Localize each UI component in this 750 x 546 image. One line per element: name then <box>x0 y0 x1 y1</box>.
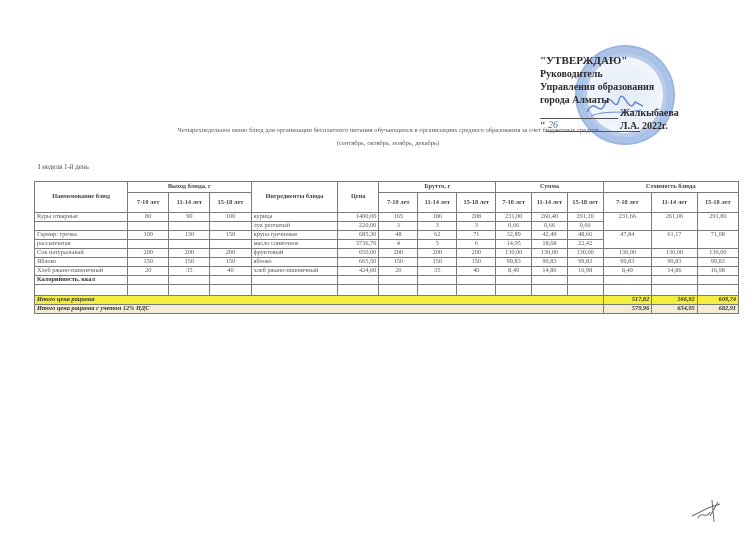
yield-cell: 35 <box>169 267 210 276</box>
empty-cell <box>169 285 210 296</box>
sum-cell: 130,00 <box>567 249 603 258</box>
cost-cell: 231,66 <box>603 213 652 231</box>
header-ingredients: Ингредиенты блюда <box>251 182 338 213</box>
gross-cell: 150 <box>418 258 457 267</box>
total-vat-label: Итого цена рациона с учетом 12% НДС <box>35 305 604 314</box>
yield-cell: 40 <box>210 267 251 276</box>
sum-cell: 0,66 <box>496 222 532 231</box>
price-cell: 3736,70 <box>338 240 379 249</box>
empty-cell <box>496 285 532 296</box>
cost-cell: 47,84 <box>603 231 652 249</box>
week-day-label: I неделя 1-й день <box>38 163 89 171</box>
empty-cell <box>457 276 496 285</box>
empty-cell <box>697 276 738 285</box>
sum-cell: 18,68 <box>532 240 568 249</box>
table-row: Хлеб ржано-пшеничный203540хлеб ржано-пше… <box>35 267 739 276</box>
dish-name: Сок натуральный <box>35 249 128 258</box>
approval-block: "УТВЕРЖДАЮ" Руководитель Управления обра… <box>540 55 654 133</box>
gross-cell: 71 <box>457 231 496 240</box>
sum-cell: 130,00 <box>532 249 568 258</box>
sum-cell: 14,95 <box>496 240 532 249</box>
header-dish: Наименование блюд <box>35 182 128 213</box>
calories-label: Калорийность, ккал <box>35 276 128 285</box>
sum-cell: 231,00 <box>496 213 532 222</box>
table-row: Куры отварные8090100курица1400,001651862… <box>35 213 739 222</box>
gross-cell: 20 <box>379 267 418 276</box>
title-line-1: Четырехнедельное меню блюд для организац… <box>128 124 648 137</box>
header-age-group: 11-14 лет <box>418 193 457 213</box>
sum-cell: 42,49 <box>532 231 568 240</box>
approval-heading: "УТВЕРЖДАЮ" <box>540 55 654 68</box>
approval-city: города Алматы <box>540 94 654 107</box>
document-title: Четырехнедельное меню блюд для организац… <box>128 124 648 150</box>
gross-cell: 200 <box>418 249 457 258</box>
signature-icon <box>690 494 730 524</box>
header-price: Цена <box>338 182 379 213</box>
dish-name: рассыпчатая <box>35 240 128 249</box>
header-age-group: 15-18 лет <box>210 193 251 213</box>
empty-cell <box>567 276 603 285</box>
table-row: Яблоко150150150яблоко665,5015015015099,8… <box>35 258 739 267</box>
yield-cell: 200 <box>128 249 169 258</box>
cost-cell: 130,00 <box>652 249 697 258</box>
empty-cell <box>379 276 418 285</box>
header-age-group: 15-18 лет <box>697 193 738 213</box>
sum-cell: 48,66 <box>567 231 603 240</box>
total-vat-value: 579,96 <box>603 305 652 314</box>
total-vat-value: 682,91 <box>697 305 738 314</box>
sum-cell: 8,49 <box>496 267 532 276</box>
yield-cell: 150 <box>210 258 251 267</box>
empty-cell <box>210 285 251 296</box>
gross-cell: 40 <box>457 267 496 276</box>
price-cell: 424,60 <box>338 267 379 276</box>
sum-cell: 291,20 <box>567 213 603 222</box>
gross-cell: 3 <box>457 222 496 231</box>
yield-cell: 20 <box>128 267 169 276</box>
total-value: 517,82 <box>603 296 652 305</box>
header-age-group: 11-14 лет <box>652 193 697 213</box>
table-row: Гарнир: гречка100130150крупа гречневая68… <box>35 231 739 240</box>
yield-cell <box>169 222 210 231</box>
gross-cell: 5 <box>418 240 457 249</box>
ingredient-name: лук репчатый <box>251 222 338 231</box>
dish-name: Гарнир: гречка <box>35 231 128 240</box>
empty-cell <box>128 276 169 285</box>
sum-cell: 130,00 <box>496 249 532 258</box>
table-row: Сок натуральный200200200фруктовый650,002… <box>35 249 739 258</box>
sum-cell: 16,98 <box>567 267 603 276</box>
yield-cell: 80 <box>128 213 169 222</box>
cost-cell: 130,00 <box>697 249 738 258</box>
cost-cell: 8,49 <box>603 267 652 276</box>
header-age-group: 15-18 лет <box>567 193 603 213</box>
gross-cell: 208 <box>457 213 496 222</box>
gross-cell: 200 <box>457 249 496 258</box>
header-age-group: 7-10 лет <box>379 193 418 213</box>
ingredient-name: крупа гречневая <box>251 231 338 240</box>
gross-cell: 35 <box>418 267 457 276</box>
cost-cell: 99,83 <box>603 258 652 267</box>
empty-cell <box>418 285 457 296</box>
gross-cell: 6 <box>457 240 496 249</box>
sum-cell: 99,83 <box>496 258 532 267</box>
yield-cell: 200 <box>169 249 210 258</box>
cost-cell: 99,83 <box>697 258 738 267</box>
yield-cell: 130 <box>169 231 210 240</box>
dish-name <box>35 222 128 231</box>
cost-cell: 71,08 <box>697 231 738 249</box>
price-cell: 220,00 <box>338 222 379 231</box>
yield-cell: 150 <box>210 231 251 240</box>
price-cell: 1400,00 <box>338 213 379 222</box>
calories-row: Калорийность, ккал <box>35 276 739 285</box>
ingredient-name: курица <box>251 213 338 222</box>
ingredient-name: масло сливочное <box>251 240 338 249</box>
yield-cell <box>210 240 251 249</box>
empty-cell <box>652 285 697 296</box>
yield-cell: 150 <box>169 258 210 267</box>
empty-cell <box>496 276 532 285</box>
dish-name: Куры отварные <box>35 213 128 222</box>
header-yield: Выход блюда, г <box>128 182 251 193</box>
sum-cell: 32,89 <box>496 231 532 240</box>
gross-cell: 4 <box>379 240 418 249</box>
ingredient-name: яблоко <box>251 258 338 267</box>
header-age-group: 7-10 лет <box>496 193 532 213</box>
empty-cell <box>35 285 128 296</box>
yield-cell <box>210 222 251 231</box>
total-vat-row: Итого цена рациона с учетом 12% НДС579,9… <box>35 305 739 314</box>
gross-cell: 186 <box>418 213 457 222</box>
yield-cell: 100 <box>128 231 169 240</box>
header-sum: Сумма <box>496 182 603 193</box>
header-age-group: 11-14 лет <box>532 193 568 213</box>
price-cell: 665,50 <box>338 258 379 267</box>
gross-cell: 62 <box>418 231 457 240</box>
dish-name: Яблоко <box>35 258 128 267</box>
gross-cell: 3 <box>379 222 418 231</box>
total-label: Итого цена рациона <box>35 296 604 305</box>
approval-position: Руководитель <box>540 68 654 81</box>
empty-cell <box>532 276 568 285</box>
header-age-group: 7-10 лет <box>603 193 652 213</box>
cost-cell: 14,86 <box>652 267 697 276</box>
price-cell: 685,30 <box>338 231 379 240</box>
yield-cell: 200 <box>210 249 251 258</box>
empty-cell <box>697 285 738 296</box>
sum-cell: 0,66 <box>567 222 603 231</box>
total-vat-value: 634,95 <box>652 305 697 314</box>
empty-cell <box>251 285 338 296</box>
total-value: 609,74 <box>697 296 738 305</box>
title-line-2: (сентябрь, октябрь, ноябрь, декабрь) <box>128 137 648 150</box>
total-row: Итого цена рациона517,82566,92609,74 <box>35 296 739 305</box>
header-age-group: 11-14 лет <box>169 193 210 213</box>
cost-cell: 61,17 <box>652 231 697 249</box>
empty-cell <box>603 285 652 296</box>
gross-cell: 150 <box>379 258 418 267</box>
gross-cell: 3 <box>418 222 457 231</box>
yield-cell <box>169 240 210 249</box>
ingredient-name: фруктовый <box>251 249 338 258</box>
header-age-group: 15-18 лет <box>457 193 496 213</box>
yield-cell: 100 <box>210 213 251 222</box>
empty-cell <box>169 276 210 285</box>
gross-cell: 150 <box>457 258 496 267</box>
sum-cell: 260,40 <box>532 213 568 222</box>
empty-cell <box>532 285 568 296</box>
approval-department: Управления образования <box>540 81 654 94</box>
empty-cell <box>567 285 603 296</box>
sum-cell: 14,86 <box>532 267 568 276</box>
sum-cell: 99,83 <box>567 258 603 267</box>
dish-name: Хлеб ржано-пшеничный <box>35 267 128 276</box>
empty-cell <box>338 285 379 296</box>
yield-cell: 90 <box>169 213 210 222</box>
yield-cell <box>128 240 169 249</box>
sum-cell: 22,42 <box>567 240 603 249</box>
menu-table: Наименование блюд Выход блюда, г Ингреди… <box>34 181 739 314</box>
header-cost: Стоимость блюда <box>603 182 738 193</box>
sum-cell: 99,83 <box>532 258 568 267</box>
yield-cell: 150 <box>128 258 169 267</box>
blank-row <box>35 285 739 296</box>
sum-cell: 0,66 <box>532 222 568 231</box>
empty-cell <box>128 285 169 296</box>
header-gross: Брутто, г <box>379 182 496 193</box>
empty-cell <box>418 276 457 285</box>
empty-cell <box>652 276 697 285</box>
cost-cell: 99,83 <box>652 258 697 267</box>
empty-cell <box>338 276 379 285</box>
cost-cell: 16,98 <box>697 267 738 276</box>
cost-cell: 261,06 <box>652 213 697 231</box>
cost-cell: 130,00 <box>603 249 652 258</box>
header-age-group: 7-10 лет <box>128 193 169 213</box>
empty-cell <box>457 285 496 296</box>
empty-cell <box>210 276 251 285</box>
ingredient-name: хлеб ржано-пшеничный <box>251 267 338 276</box>
cost-cell: 291,86 <box>697 213 738 231</box>
gross-cell: 165 <box>379 213 418 222</box>
gross-cell: 48 <box>379 231 418 240</box>
empty-cell <box>603 276 652 285</box>
empty-cell <box>379 285 418 296</box>
total-value: 566,92 <box>652 296 697 305</box>
yield-cell <box>128 222 169 231</box>
empty-cell <box>251 276 338 285</box>
price-cell: 650,00 <box>338 249 379 258</box>
gross-cell: 200 <box>379 249 418 258</box>
